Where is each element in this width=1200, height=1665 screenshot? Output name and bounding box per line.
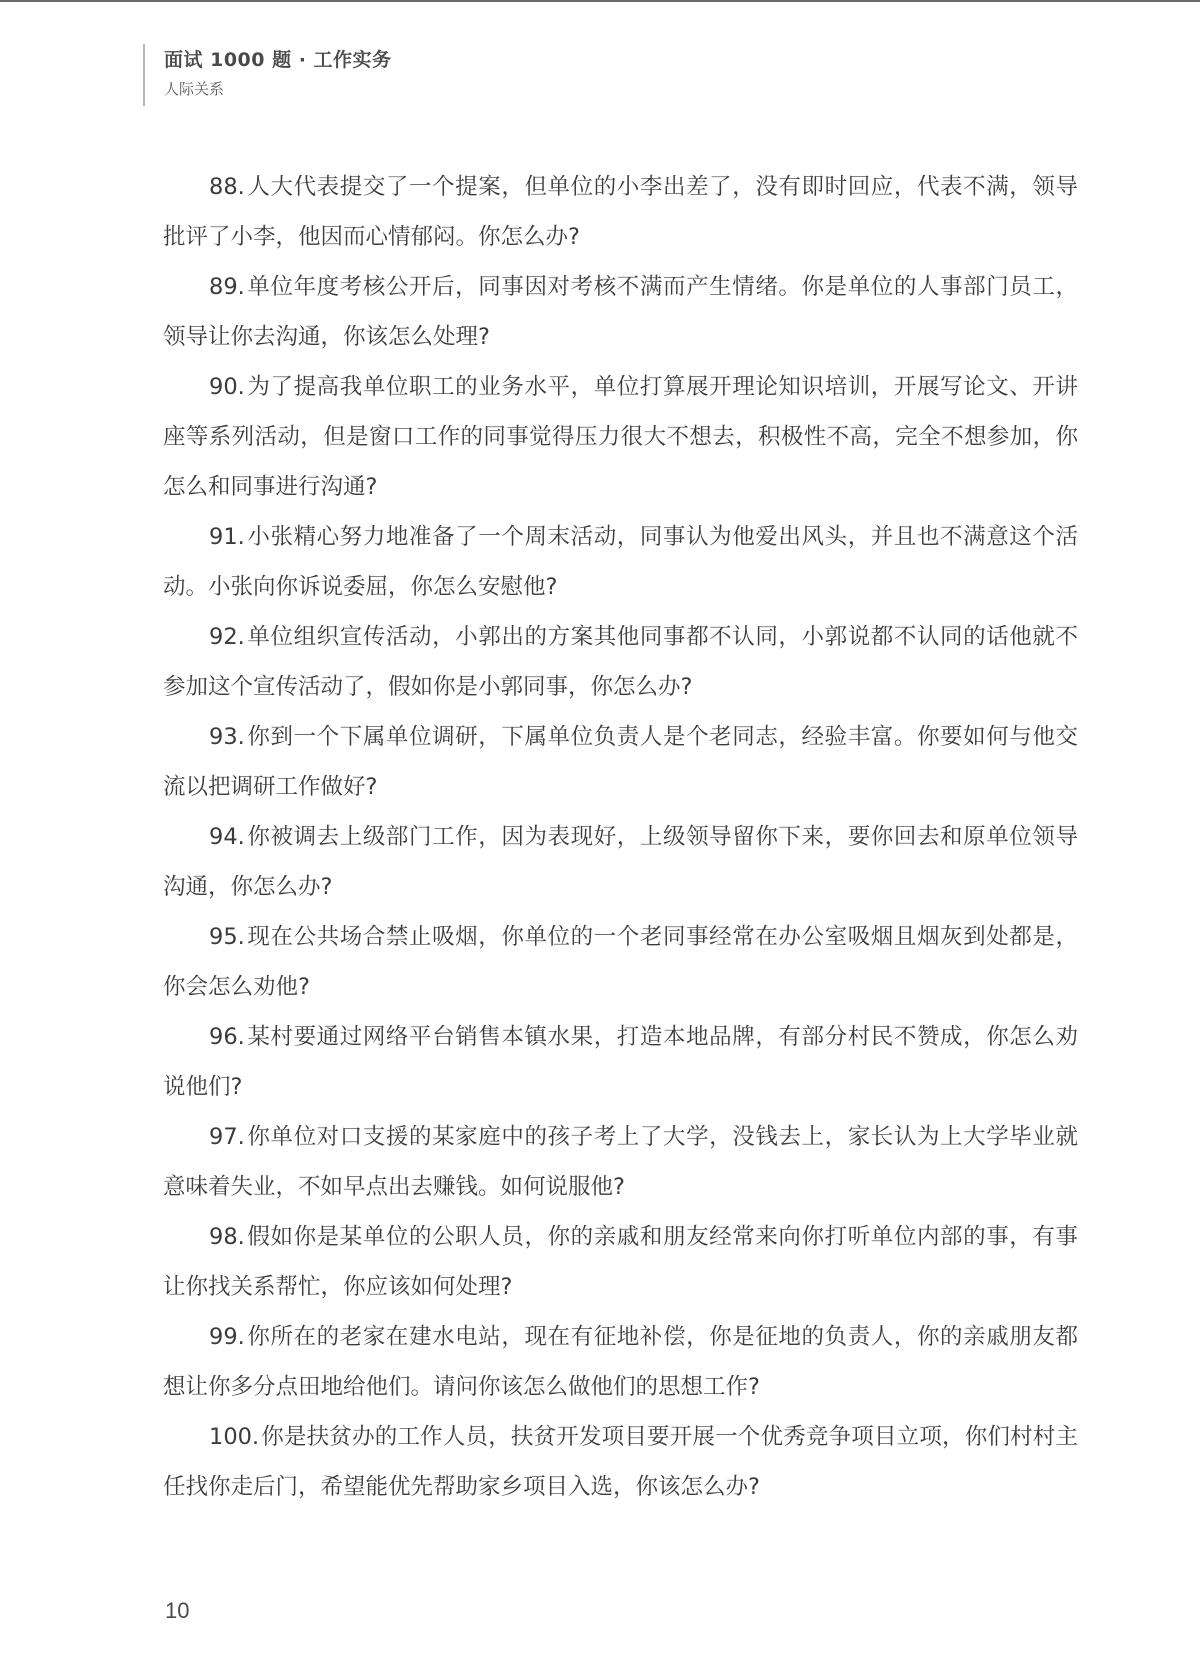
question-text: 你单位对口支援的某家庭中的孩子考上了大学，没钱去上，家长认为上大学毕业就意味着失… [163, 1124, 1078, 1200]
question-95: 95.现在公共场合禁止吸烟，你单位的一个老同事经常在办公室吸烟且烟灰到处都是，你… [163, 912, 1078, 1012]
question-94: 94.你被调去上级部门工作，因为表现好，上级领导留你下来，要你回去和原单位领导沟… [163, 812, 1078, 912]
question-text: 假如你是某单位的公职人员，你的亲戚和朋友经常来向你打听单位内部的事，有事让你找关… [163, 1224, 1078, 1300]
question-98: 98.假如你是某单位的公职人员，你的亲戚和朋友经常来向你打听单位内部的事，有事让… [163, 1212, 1078, 1312]
book-title: 面试 1000 题 · 工作实务 [164, 46, 392, 74]
question-number: 100. [209, 1424, 259, 1450]
section-title: 人际关系 [164, 76, 392, 102]
question-list: 88.人大代表提交了一个提案，但单位的小李出差了，没有即时回应，代表不满，领导批… [163, 162, 1078, 1512]
question-99: 99.你所在的老家在建水电站，现在有征地补偿，你是征地的负责人，你的亲戚朋友都想… [163, 1312, 1078, 1412]
question-number: 90. [209, 374, 245, 400]
question-93: 93.你到一个下属单位调研，下属单位负责人是个老同志，经验丰富。你要如何与他交流… [163, 712, 1078, 812]
question-90: 90.为了提高我单位职工的业务水平，单位打算展开理论知识培训，开展写论文、开讲座… [163, 362, 1078, 512]
running-header: 面试 1000 题 · 工作实务 人际关系 [143, 44, 392, 106]
question-number: 95. [209, 924, 245, 950]
page-number: 10 [165, 1598, 189, 1624]
question-96: 96.某村要通过网络平台销售本镇水果，打造本地品牌，有部分村民不赞成，你怎么劝说… [163, 1012, 1078, 1112]
question-text: 你到一个下属单位调研，下属单位负责人是个老同志，经验丰富。你要如何与他交流以把调… [163, 724, 1078, 800]
question-text: 现在公共场合禁止吸烟，你单位的一个老同事经常在办公室吸烟且烟灰到处都是，你会怎么… [163, 924, 1078, 1000]
question-text: 单位年度考核公开后，同事因对考核不满而产生情绪。你是单位的人事部门员工，领导让你… [163, 274, 1078, 350]
question-text: 人大代表提交了一个提案，但单位的小李出差了，没有即时回应，代表不满，领导批评了小… [163, 174, 1078, 250]
question-number: 94. [209, 824, 245, 850]
question-91: 91.小张精心努力地准备了一个周末活动，同事认为他爱出风头，并且也不满意这个活动… [163, 512, 1078, 612]
question-text: 你所在的老家在建水电站，现在有征地补偿，你是征地的负责人，你的亲戚朋友都想让你多… [163, 1324, 1078, 1400]
question-number: 92. [209, 624, 245, 650]
question-89: 89.单位年度考核公开后，同事因对考核不满而产生情绪。你是单位的人事部门员工，领… [163, 262, 1078, 362]
question-97: 97.你单位对口支援的某家庭中的孩子考上了大学，没钱去上，家长认为上大学毕业就意… [163, 1112, 1078, 1212]
page-top-border [0, 0, 1200, 2]
question-number: 99. [209, 1324, 245, 1350]
question-number: 97. [209, 1124, 245, 1150]
question-number: 91. [209, 524, 245, 550]
question-text: 小张精心努力地准备了一个周末活动，同事认为他爱出风头，并且也不满意这个活动。小张… [163, 524, 1078, 600]
question-number: 88. [209, 174, 245, 200]
question-text: 单位组织宣传活动，小郭出的方案其他同事都不认同，小郭说都不认同的话他就不参加这个… [163, 624, 1078, 700]
question-text: 为了提高我单位职工的业务水平，单位打算展开理论知识培训，开展写论文、开讲座等系列… [163, 374, 1078, 500]
question-text: 你是扶贫办的工作人员，扶贫开发项目要开展一个优秀竞争项目立项，你们村村主任找你走… [163, 1424, 1078, 1500]
question-number: 93. [209, 724, 245, 750]
question-88: 88.人大代表提交了一个提案，但单位的小李出差了，没有即时回应，代表不满，领导批… [163, 162, 1078, 262]
question-number: 98. [209, 1224, 245, 1250]
question-100: 100.你是扶贫办的工作人员，扶贫开发项目要开展一个优秀竞争项目立项，你们村村主… [163, 1412, 1078, 1512]
question-92: 92.单位组织宣传活动，小郭出的方案其他同事都不认同，小郭说都不认同的话他就不参… [163, 612, 1078, 712]
question-text: 你被调去上级部门工作，因为表现好，上级领导留你下来，要你回去和原单位领导沟通，你… [163, 824, 1078, 900]
question-number: 89. [209, 274, 245, 300]
question-number: 96. [209, 1024, 245, 1050]
question-text: 某村要通过网络平台销售本镇水果，打造本地品牌，有部分村民不赞成，你怎么劝说他们? [163, 1024, 1078, 1100]
